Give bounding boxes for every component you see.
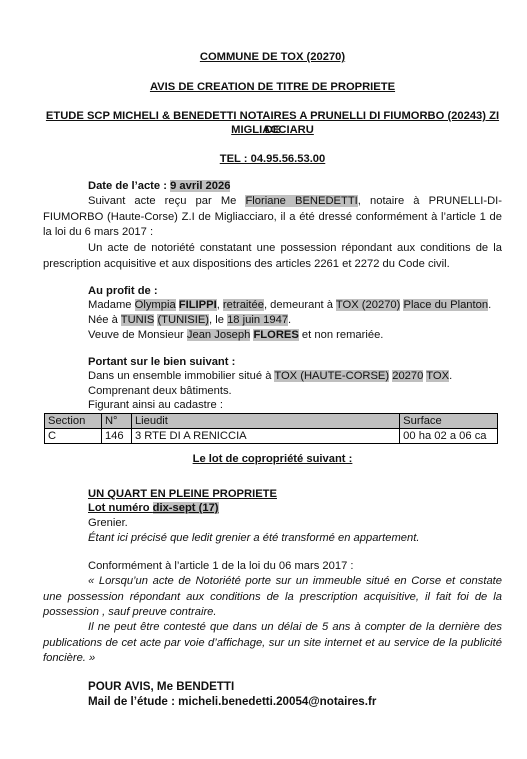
col-section: Section — [45, 414, 102, 429]
lot-heading: Le lot de copropriété suivant : — [43, 452, 502, 466]
cadastre-header-row: Section N° Lieudit Surface — [45, 414, 498, 429]
acte-paragraph: Suivant acte reçu par Me Floriane BENEDE… — [43, 194, 502, 241]
table-row: C 146 3 RTE DI A RENICCIA 00 ha 02 a 06 … — [45, 429, 498, 444]
beneficiaire-label: Au profit de : — [43, 284, 527, 299]
cadastre-table: Section N° Lieudit Surface C 146 3 RTE D… — [44, 413, 498, 444]
quotite: UN QUART EN PLEINE PROPRIETE — [43, 487, 527, 502]
date-label: Date de l’acte : — [88, 180, 170, 192]
bien-label: Portant sur le bien suivant : — [43, 355, 527, 370]
col-surface: Surface — [400, 414, 498, 429]
lot-numero: Lot numéro dix-sept (17) — [43, 501, 527, 516]
pour-avis: POUR AVIS, Me BENDETTI — [43, 679, 527, 694]
lot-designation: Grenier. — [43, 516, 527, 531]
date-acte: Date de l’acte : 9 avril 2026 — [43, 179, 527, 194]
loi-quote-2: Il ne peut être contesté que dans un dél… — [43, 620, 502, 667]
col-numero: N° — [101, 414, 131, 429]
commune-heading: COMMUNE DE TOX (20270) — [43, 50, 502, 64]
lot-precision: Étant ici précisé que ledit grenier a ét… — [43, 531, 527, 546]
loi-intro: Conformément à l’article 1 de la loi du … — [43, 559, 527, 574]
beneficiaire-line3: Veuve de Monsieur Jean Joseph FLORES et … — [43, 328, 527, 343]
date-value: 9 avril 2026 — [170, 180, 230, 192]
beneficiaire-line2: Née à TUNIS (TUNISIE), le 18 juin 1947. — [43, 313, 527, 328]
notoriete-paragraph: Un acte de notoriété constatant une poss… — [43, 240, 502, 272]
loi-quote-1: « Lorsqu’un acte de Notoriété porte sur … — [43, 574, 502, 621]
etude-heading-line2: MIGLIACCIARU — [43, 123, 502, 137]
bien-line3: Figurant ainsi au cadastre : — [43, 398, 527, 413]
bien-line2: Comprenant deux bâtiments. — [43, 384, 527, 399]
beneficiaire-line1: Madame Olympia FILIPPI, retraitée, demeu… — [43, 298, 527, 313]
tel-heading: TEL : 04.95.56.53.00 — [43, 152, 502, 166]
col-lieudit: Lieudit — [131, 414, 399, 429]
avis-heading: AVIS DE CREATION DE TITRE DE PROPRIETE — [43, 80, 502, 94]
notaire-name: Floriane BENEDETTI — [245, 195, 357, 207]
bien-line1: Dans un ensemble immobilier situé à TOX … — [43, 369, 527, 384]
etude-mail: Mail de l’étude : micheli.benedetti.2005… — [43, 694, 527, 709]
